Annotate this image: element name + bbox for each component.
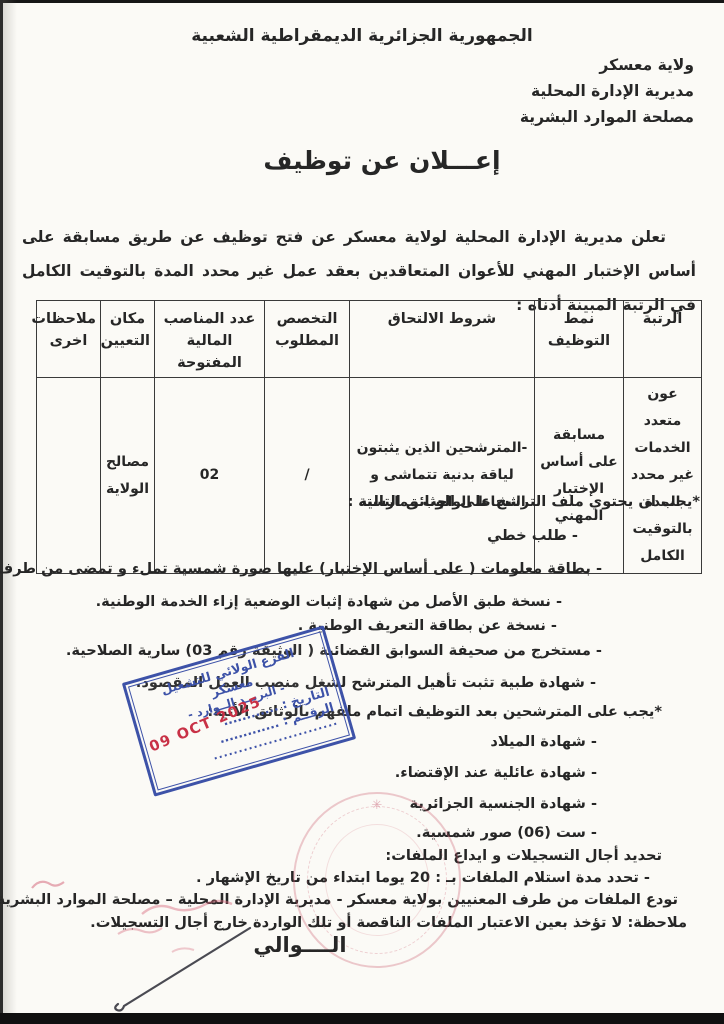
announcement-title: إعـــلان عن توظيف xyxy=(40,146,724,175)
post-hire-heading: *يجب على المترشحين بعد التوظيف اتمام ملف… xyxy=(20,702,700,722)
list-item: - ست (06) صور شمسية. xyxy=(20,823,700,843)
list-item: - بطاقة معلومات ( على أساس الإختبار) علي… xyxy=(20,559,700,579)
requirements-section: *يجب ان يحتوي ملف الترشح على الوثائق الت… xyxy=(20,492,700,933)
deadline-item: - تحدد مدة استلام الملفات بـ : 20 يوما ا… xyxy=(20,868,700,888)
republic-heading: الجمهورية الجزائرية الديمقراطية الشعبية xyxy=(0,26,724,46)
hr-service-line: مصلحة الموارد البشرية xyxy=(520,104,694,130)
list-item: - شهادة الجنسية الجزائرية xyxy=(20,794,700,814)
list-item: - طلب خطي xyxy=(20,526,700,546)
col-conditions: شروط الالتحاق xyxy=(350,301,535,378)
scan-edge-shade xyxy=(3,0,17,1024)
directorate-line: مديرية الإدارة المحلية xyxy=(520,78,694,104)
issuing-authority-block: ولاية معسكر مديرية الإدارة المحلية مصلحة… xyxy=(520,52,694,130)
wilaya-line: ولاية معسكر xyxy=(520,52,694,78)
list-item: - شهادة عائلية عند الإقتضاء. xyxy=(20,763,700,783)
list-item: - نسخة عن بطاقة التعريف الوطنية . xyxy=(20,616,700,636)
table-header-row: الرتبة نمط التوظيف شروط الالتحاق التخصص … xyxy=(37,301,702,378)
docs-heading: *يجب ان يحتوي ملف الترشح على الوثائق الت… xyxy=(20,492,700,512)
signature-stroke xyxy=(90,900,290,1015)
list-item: - نسخة طبق الأصل من شهادة إثبات الوضعية … xyxy=(20,592,700,612)
scanned-document-page: الجمهورية الجزائرية الديمقراطية الشعبية … xyxy=(0,0,724,1024)
list-item: - شهادة الميلاد xyxy=(20,732,700,752)
col-notes: ملاحظات اخرى xyxy=(37,301,101,378)
deadline-heading: تحديد أجال التسجيلات و ايداع الملفات: xyxy=(20,846,700,866)
list-item: - مستخرج من صحيفة السوابق القضائية ( الو… xyxy=(20,641,700,661)
col-location: مكان التعيين xyxy=(101,301,155,378)
col-specialty: التخصص المطلوب xyxy=(265,301,350,378)
scan-edge-top xyxy=(0,0,724,3)
col-mode: نمط التوظيف xyxy=(535,301,624,378)
col-rank: الرتبة xyxy=(624,301,702,378)
col-positions: عدد المناصب المالية المفتوحة xyxy=(155,301,265,378)
